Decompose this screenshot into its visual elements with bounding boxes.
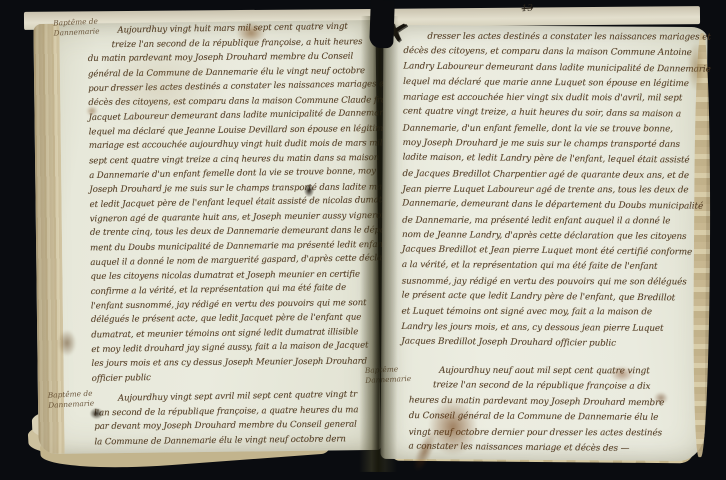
left-page-act1-text: Aujourdhuy vingt huit mars mil sept cent… — [87, 20, 377, 386]
manuscript-line: Dannemarie, demeurant dans le départemen… — [402, 197, 698, 215]
manuscript-line: du matin pardevant moy Joseph Drouhard m… — [88, 49, 374, 66]
manuscript-line: cent quatre vingt treize, a huit heures … — [403, 105, 699, 123]
manuscript-line: de Dannemarie, ma présenté ledit enfant … — [402, 213, 698, 229]
manuscript-line: du Conseil général de la Commune de Dann… — [409, 409, 695, 426]
manuscript-line: par devant moy Joseph Drouhard membre du… — [94, 418, 378, 435]
scanned-register-spread: Baptême de Dannemarie Aujourdhuy vingt h… — [0, 0, 726, 480]
manuscript-line: a la vérité, et la représentation qui ma… — [402, 258, 698, 275]
folio-notation: 13 — [521, 4, 533, 15]
left-page-act2-text: Aujourdhuy vingt sept avril mil sept cen… — [94, 388, 379, 450]
manuscript-line: lequel ma déclaré que marie anne Luquet … — [403, 75, 699, 92]
manuscript-line: de trente cinq, tous les deux de Dannema… — [90, 223, 376, 240]
manuscript-line: et Luquet témoins ont signé avec moy, fa… — [401, 305, 697, 321]
manuscript-line: dresser les actes destinés a constater l… — [403, 30, 699, 46]
manuscript-line: Dannemarie, d'un enfant femelle, dont la… — [403, 121, 699, 137]
book-clamp — [369, 0, 395, 48]
binding-gutter-shadow — [359, 16, 399, 472]
right-page: 13 ✗ dresser les actes destinés a consta… — [380, 25, 707, 461]
left-page: Baptême de Dannemarie Aujourdhuy vingt h… — [33, 20, 380, 454]
right-page-act3-text: Aujourdhuy neuf aout mil sept cent quatr… — [409, 363, 696, 457]
manuscript-line: a constater les naissances mariage et dé… — [408, 440, 694, 458]
margin-note-left-bottom: Baptême de Dannemarie — [48, 389, 95, 411]
manuscript-line: Landry Laboureur demeurant dans ladite m… — [403, 59, 699, 77]
right-page-act-continuation-text: dresser les actes destinés a constater l… — [401, 29, 699, 352]
manuscript-line: mariage est accouchée aujourdhuy vingt h… — [89, 136, 375, 153]
manuscript-line: délégués le présent acte, que ledit Jacq… — [91, 310, 377, 327]
margin-note-line: Dannemarie — [48, 399, 94, 411]
manuscript-line: la Commune de Dannemarie élu le vingt ne… — [94, 432, 378, 450]
manuscript-line: de Jacques Bredillot Charpentier agé de … — [402, 167, 698, 184]
manuscript-line: Aujourdhuy neuf aout mil sept cent quatr… — [409, 364, 695, 380]
manuscript-line-signatures: Jacques Bredillot Joseph Drouhard offici… — [401, 334, 697, 352]
manuscript-line: heures du matin pardevant moy Joseph Dro… — [409, 393, 695, 411]
